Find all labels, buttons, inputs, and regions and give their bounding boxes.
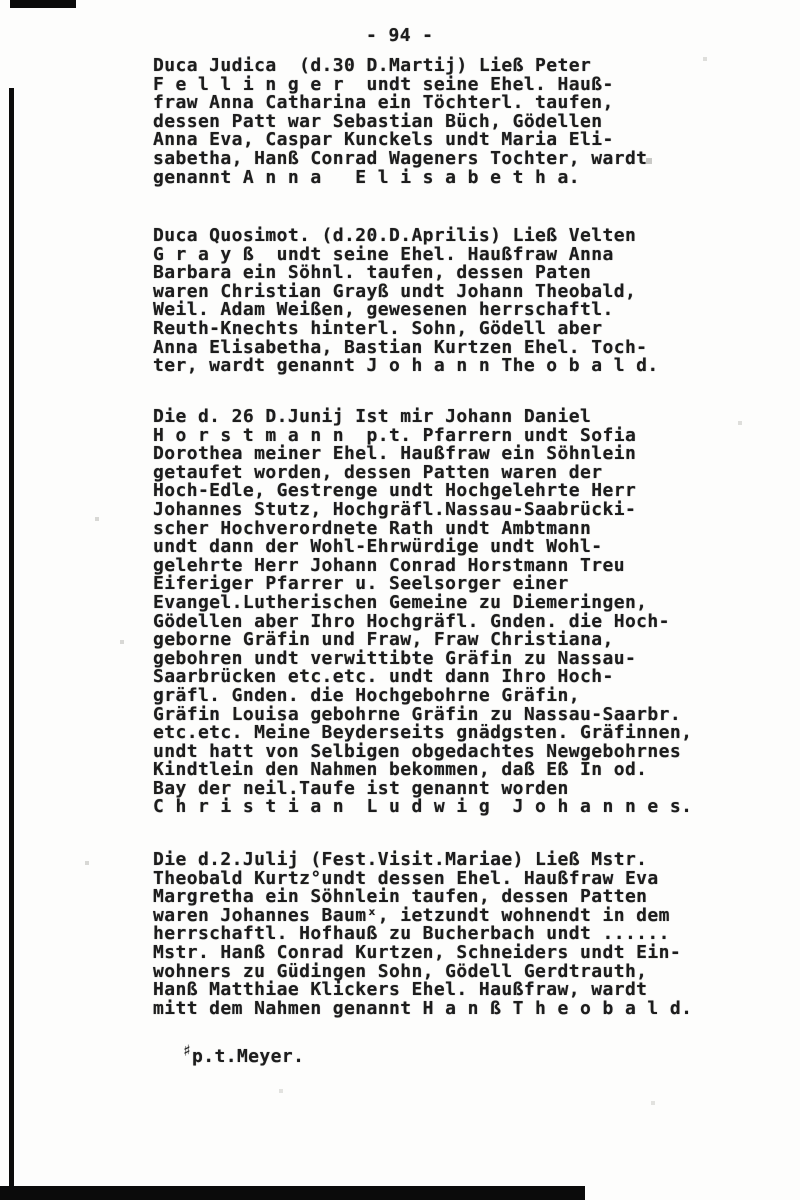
baptism-entry-hanss-theobald: Die d.2.Julij (Fest.Visit.Mariae) Ließ M…: [153, 851, 692, 1018]
scan-speckles: [0, 0, 2, 2]
footnote-marker: ♯: [182, 1041, 192, 1060]
baptism-entry-johann-theobald: Duca Quosimot. (d.20.D.Aprilis) Ließ Vel…: [153, 227, 659, 376]
scan-artifact-bottom-edge: [0, 1186, 585, 1200]
baptism-entry-anna-elisabetha: Duca Judica (d.30 D.Martij) Ließ Peter F…: [153, 57, 647, 187]
footnote-text: p.t.Meyer.: [192, 1046, 304, 1067]
scanned-document-page: - 94 - Duca Judica (d.30 D.Martij) Ließ …: [0, 0, 800, 1200]
scan-artifact-left-edge: [9, 88, 14, 1200]
footnote: ♯p.t.Meyer.: [137, 1029, 304, 1085]
scan-artifact-top-dash: [10, 0, 76, 8]
baptism-entry-christian-ludwig-johannes: Die d. 26 D.Junij Ist mir Johann Daniel …: [153, 408, 692, 817]
page-number: - 94 -: [366, 27, 433, 46]
